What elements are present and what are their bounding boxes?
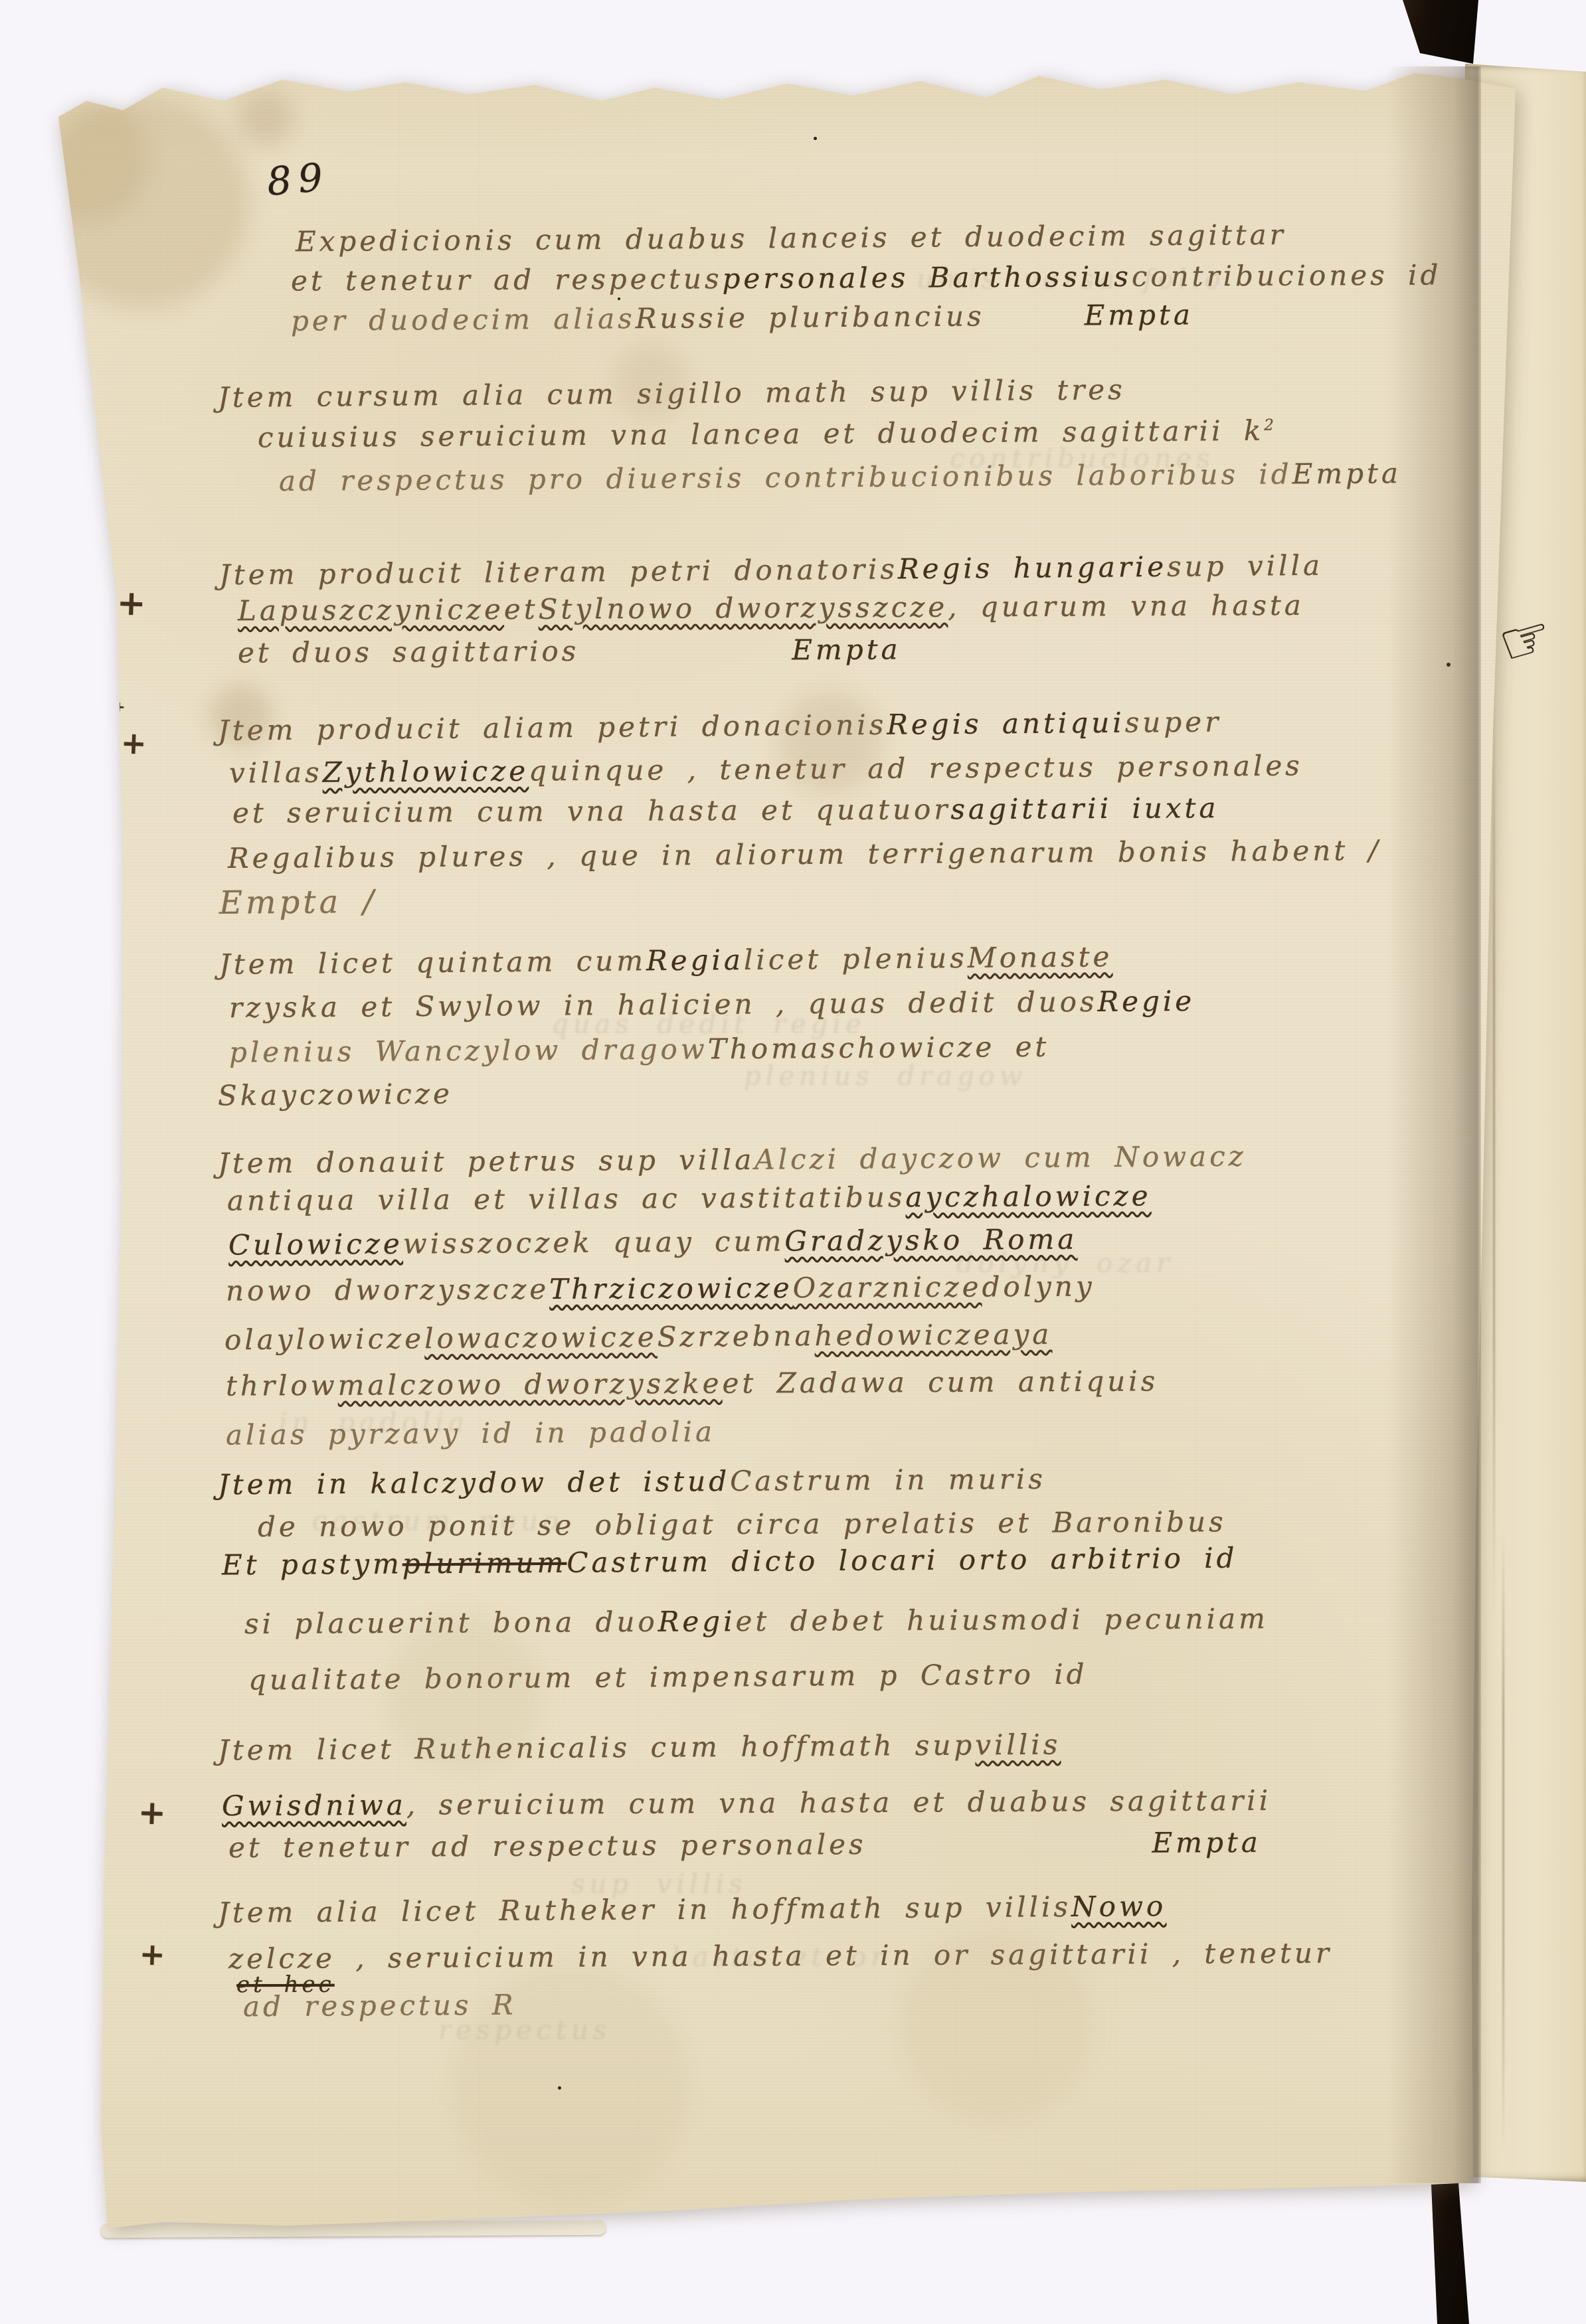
text-line-p3-l1: Jtem producit literam petri donatoris Re…: [219, 552, 1323, 590]
text-segment: sagittarii iuxta: [950, 794, 1219, 823]
text-segment: super: [1125, 708, 1222, 736]
text-segment: et tenetur ad respectus: [291, 265, 723, 295]
text-segment: ayczhalowicze: [905, 1182, 1151, 1211]
paper-stain: [778, 691, 882, 794]
text-segment: Empta: [1152, 1829, 1261, 1857]
bleedthrough-line: in padolia: [279, 1408, 469, 1438]
text-line-p4-l4: Regalibus plures , que in aliorum terrig…: [228, 837, 1381, 872]
bleedthrough-line: dolyny ozar: [956, 1248, 1174, 1279]
scanned-manuscript: ☞ 89 Expedicionis cum duabus lanceis et …: [0, 0, 1586, 2324]
text-line-p3-l3: et duos sagittariosEmpta: [238, 635, 901, 667]
text-segment: wisszoczek quay cum: [403, 1228, 785, 1258]
text-line-p6-l6: thrlow malczowo dworzyszke et Zadawa cum…: [226, 1367, 1158, 1400]
text-line-p4-l1: Jtem producit aliam petri donacionis Reg…: [218, 708, 1221, 744]
text-segment: licet plenius: [744, 944, 968, 974]
text-line-p1-l1: Expedicionis cum duabus lanceis et duode…: [296, 221, 1286, 256]
manuscript-page: 89 Expedicionis cum duabus lanceis et du…: [0, 0, 1586, 2324]
text-segment: et tenetur ad respectus personales: [228, 1831, 867, 1862]
bleedthrough-line: quas dedit regie: [551, 1009, 866, 1040]
text-segment: Thrziczowicze: [549, 1274, 793, 1303]
text-segment: Jtem donauit petrus sup villa: [218, 1146, 755, 1178]
text-segment: Monaste: [968, 943, 1113, 972]
paper-stain: [385, 1614, 545, 1773]
text-segment: 2: [1264, 418, 1277, 434]
text-segment: Jtem licet quintam cum: [219, 947, 646, 979]
text-segment: Culowicze: [228, 1230, 403, 1260]
text-segment: Zythlowicze: [322, 757, 529, 786]
text-segment: Russie pluribancius: [636, 302, 985, 333]
text-segment: Empta /: [219, 886, 377, 919]
text-segment: olaylowicze: [224, 1325, 424, 1354]
text-segment: Castrum dicto locari orto arbitrio id: [567, 1544, 1237, 1577]
text-line-p3-l2: Lapuszczynicze et Stylnowo dworzysszcze …: [238, 592, 1304, 625]
text-line-p7-l1: Jtem in kalczydow det istud Castrum in m…: [218, 1465, 1046, 1499]
paper-stain: [23, 96, 149, 222]
text-segment: villas: [229, 759, 323, 788]
text-segment: Ozarznicze: [793, 1273, 982, 1301]
text-segment: Regis antiqui: [887, 709, 1125, 739]
bleedthrough-line: umis versa folio: [917, 264, 1225, 295]
text-segment: plurimum: [402, 1549, 567, 1578]
margin-cross-mark: +: [139, 1936, 165, 1972]
text-segment: villis: [975, 1731, 1061, 1760]
text-segment: lowaczowicze: [424, 1323, 658, 1353]
ink-speck: [1447, 663, 1451, 667]
text-segment: per duodecim alias: [291, 305, 636, 335]
bleedthrough-line: hasta et or: [671, 1942, 888, 1973]
text-line-p7-l3: Et pastym plurimum Castrum dicto locari …: [222, 1544, 1238, 1580]
bleedthrough-line: castrum nouo: [312, 1506, 563, 1536]
paper-stain: [238, 90, 294, 146]
text-line-p4-l2: villas Zythlowicze quinque , tenetur ad …: [229, 752, 1303, 787]
text-segment: antiqua villa et villas ac vastitatibus: [227, 1183, 906, 1214]
text-segment: hedowicze: [814, 1321, 993, 1350]
text-line-p2-l3: ad respectus pro diuersis contribucionib…: [279, 459, 1401, 495]
page-wrap: 89 Expedicionis cum duabus lanceis et du…: [0, 0, 1586, 2324]
text-segment: et Zadawa cum antiquis: [722, 1367, 1158, 1397]
text-segment: thrlow: [226, 1372, 338, 1400]
text-segment: Szrzebna: [657, 1322, 814, 1351]
text-line-p1-l3: per duodecim alias Russie pluribanciusEm…: [291, 301, 1193, 335]
text-segment: Skayczowicze: [218, 1080, 453, 1110]
text-segment: Jtem in kalczydow det istud: [218, 1467, 730, 1499]
text-line-p8-l1: Jtem licet Ruthenicalis cum hoffmath sup…: [218, 1731, 1061, 1765]
text-segment: Et pastym: [222, 1550, 402, 1579]
bleedthrough-line: contribuciones: [950, 444, 1215, 474]
text-segment: et duos sagittarios: [238, 637, 579, 667]
ink-speck: [558, 2086, 561, 2090]
margin-cross-mark: +: [113, 699, 126, 716]
ink-speck: [442, 77, 444, 79]
text-segment: , quarum vna hasta: [948, 592, 1304, 622]
text-segment: et debet huiusmodi pecuniam: [735, 1605, 1269, 1635]
paper-stain: [614, 345, 687, 418]
ink-speck: [814, 137, 817, 140]
text-segment: Regi: [658, 1608, 736, 1636]
text-line-p1-l2: et tenetur ad respectus personales Barth…: [291, 261, 1442, 295]
paper-stain: [452, 1965, 691, 2204]
text-segment: qualitate bonorum et impensarum p Castro…: [248, 1661, 1088, 1695]
text-line-p7-l5: qualitate bonorum et impensarum p Castro…: [248, 1661, 1088, 1695]
text-segment: Castrum in muris: [730, 1465, 1046, 1495]
text-segment: Alczi dayczow cum Nowacz: [754, 1143, 1247, 1174]
text-segment: , seruicium cum vna hasta et duabus sagi…: [406, 1787, 1271, 1819]
text-segment: nowo dworzyszcze: [226, 1276, 549, 1305]
text-segment: Empta: [792, 635, 901, 664]
text-segment: Nowo: [1071, 1892, 1167, 1921]
text-segment: Regie: [1097, 987, 1195, 1016]
text-segment: et: [504, 596, 539, 623]
margin-cross-mark: +: [120, 724, 147, 761]
bleedthrough-line: sup villis: [571, 1869, 747, 1900]
text-segment: Empta: [1084, 301, 1193, 329]
paper-stain: [209, 684, 273, 748]
text-segment: Empta: [1292, 459, 1402, 488]
bleedthrough-line: plenius dragow: [744, 1061, 1027, 1092]
text-line-p5-l4: Skayczowicze: [218, 1080, 453, 1110]
text-segment: Lapuszczynicze: [238, 596, 504, 625]
text-segment: quinque , tenetur ad respectus personale…: [529, 752, 1303, 785]
text-line-p6-l3: Culowicze wisszoczek quay cum Gradzysko …: [228, 1226, 1078, 1260]
paper-stain: [900, 1929, 1093, 2121]
text-segment: et seruicium cum vna hasta et quatuor: [232, 795, 951, 827]
text-line-p7-l4: si placuerint bona duo Regi et debet hui…: [244, 1605, 1269, 1638]
text-segment: Regia: [646, 946, 744, 975]
text-segment: Gwisdniwa: [222, 1791, 406, 1820]
text-segment: Regalibus plures , que in aliorum terrig…: [228, 837, 1381, 872]
text-segment: Stylnowo dworzysszcze: [539, 594, 948, 623]
text-line-p8-l2: Gwisdniwa , seruicium cum vna hasta et d…: [222, 1787, 1271, 1820]
text-segment: malczowo dworzyszke: [338, 1370, 723, 1400]
text-line-p5-l1: Jtem licet quintam cum Regia licet pleni…: [219, 943, 1113, 979]
text-segment: Jtem licet Ruthenicalis cum hoffmath sup: [218, 1731, 976, 1764]
text-line-p6-l2: antiqua villa et villas ac vastitatibus …: [227, 1182, 1152, 1214]
text-segment: plenius Wanczylow dragow: [229, 1035, 708, 1066]
text-segment: Jtem producit literam petri donatoris: [219, 555, 898, 589]
text-line-p6-l5: olaylowicze lowaczowicze Szrzebna hedowi…: [224, 1321, 1053, 1355]
text-segment: aya: [993, 1321, 1052, 1349]
text-segment: Expedicionis cum duabus lanceis et duode…: [296, 221, 1286, 256]
ink-speck: [1157, 64, 1160, 66]
text-line-p8-l3: et tenetur ad respectus personalesEmpta: [228, 1829, 1261, 1862]
margin-cross-mark: +: [116, 582, 147, 623]
text-segment: sup villa: [1167, 552, 1323, 581]
text-line-p4-l3: et seruicium cum vna hasta et quatuor sa…: [232, 794, 1219, 827]
margin-cross-mark: +: [137, 1792, 167, 1832]
text-segment: Regis hungarie: [898, 553, 1168, 584]
text-line-p6-l1: Jtem donauit petrus sup villa Alczi dayc…: [218, 1143, 1247, 1178]
page-number: 89: [265, 154, 331, 205]
ink-speck: [618, 297, 620, 300]
text-line-p4-l5: Empta /: [219, 886, 377, 919]
